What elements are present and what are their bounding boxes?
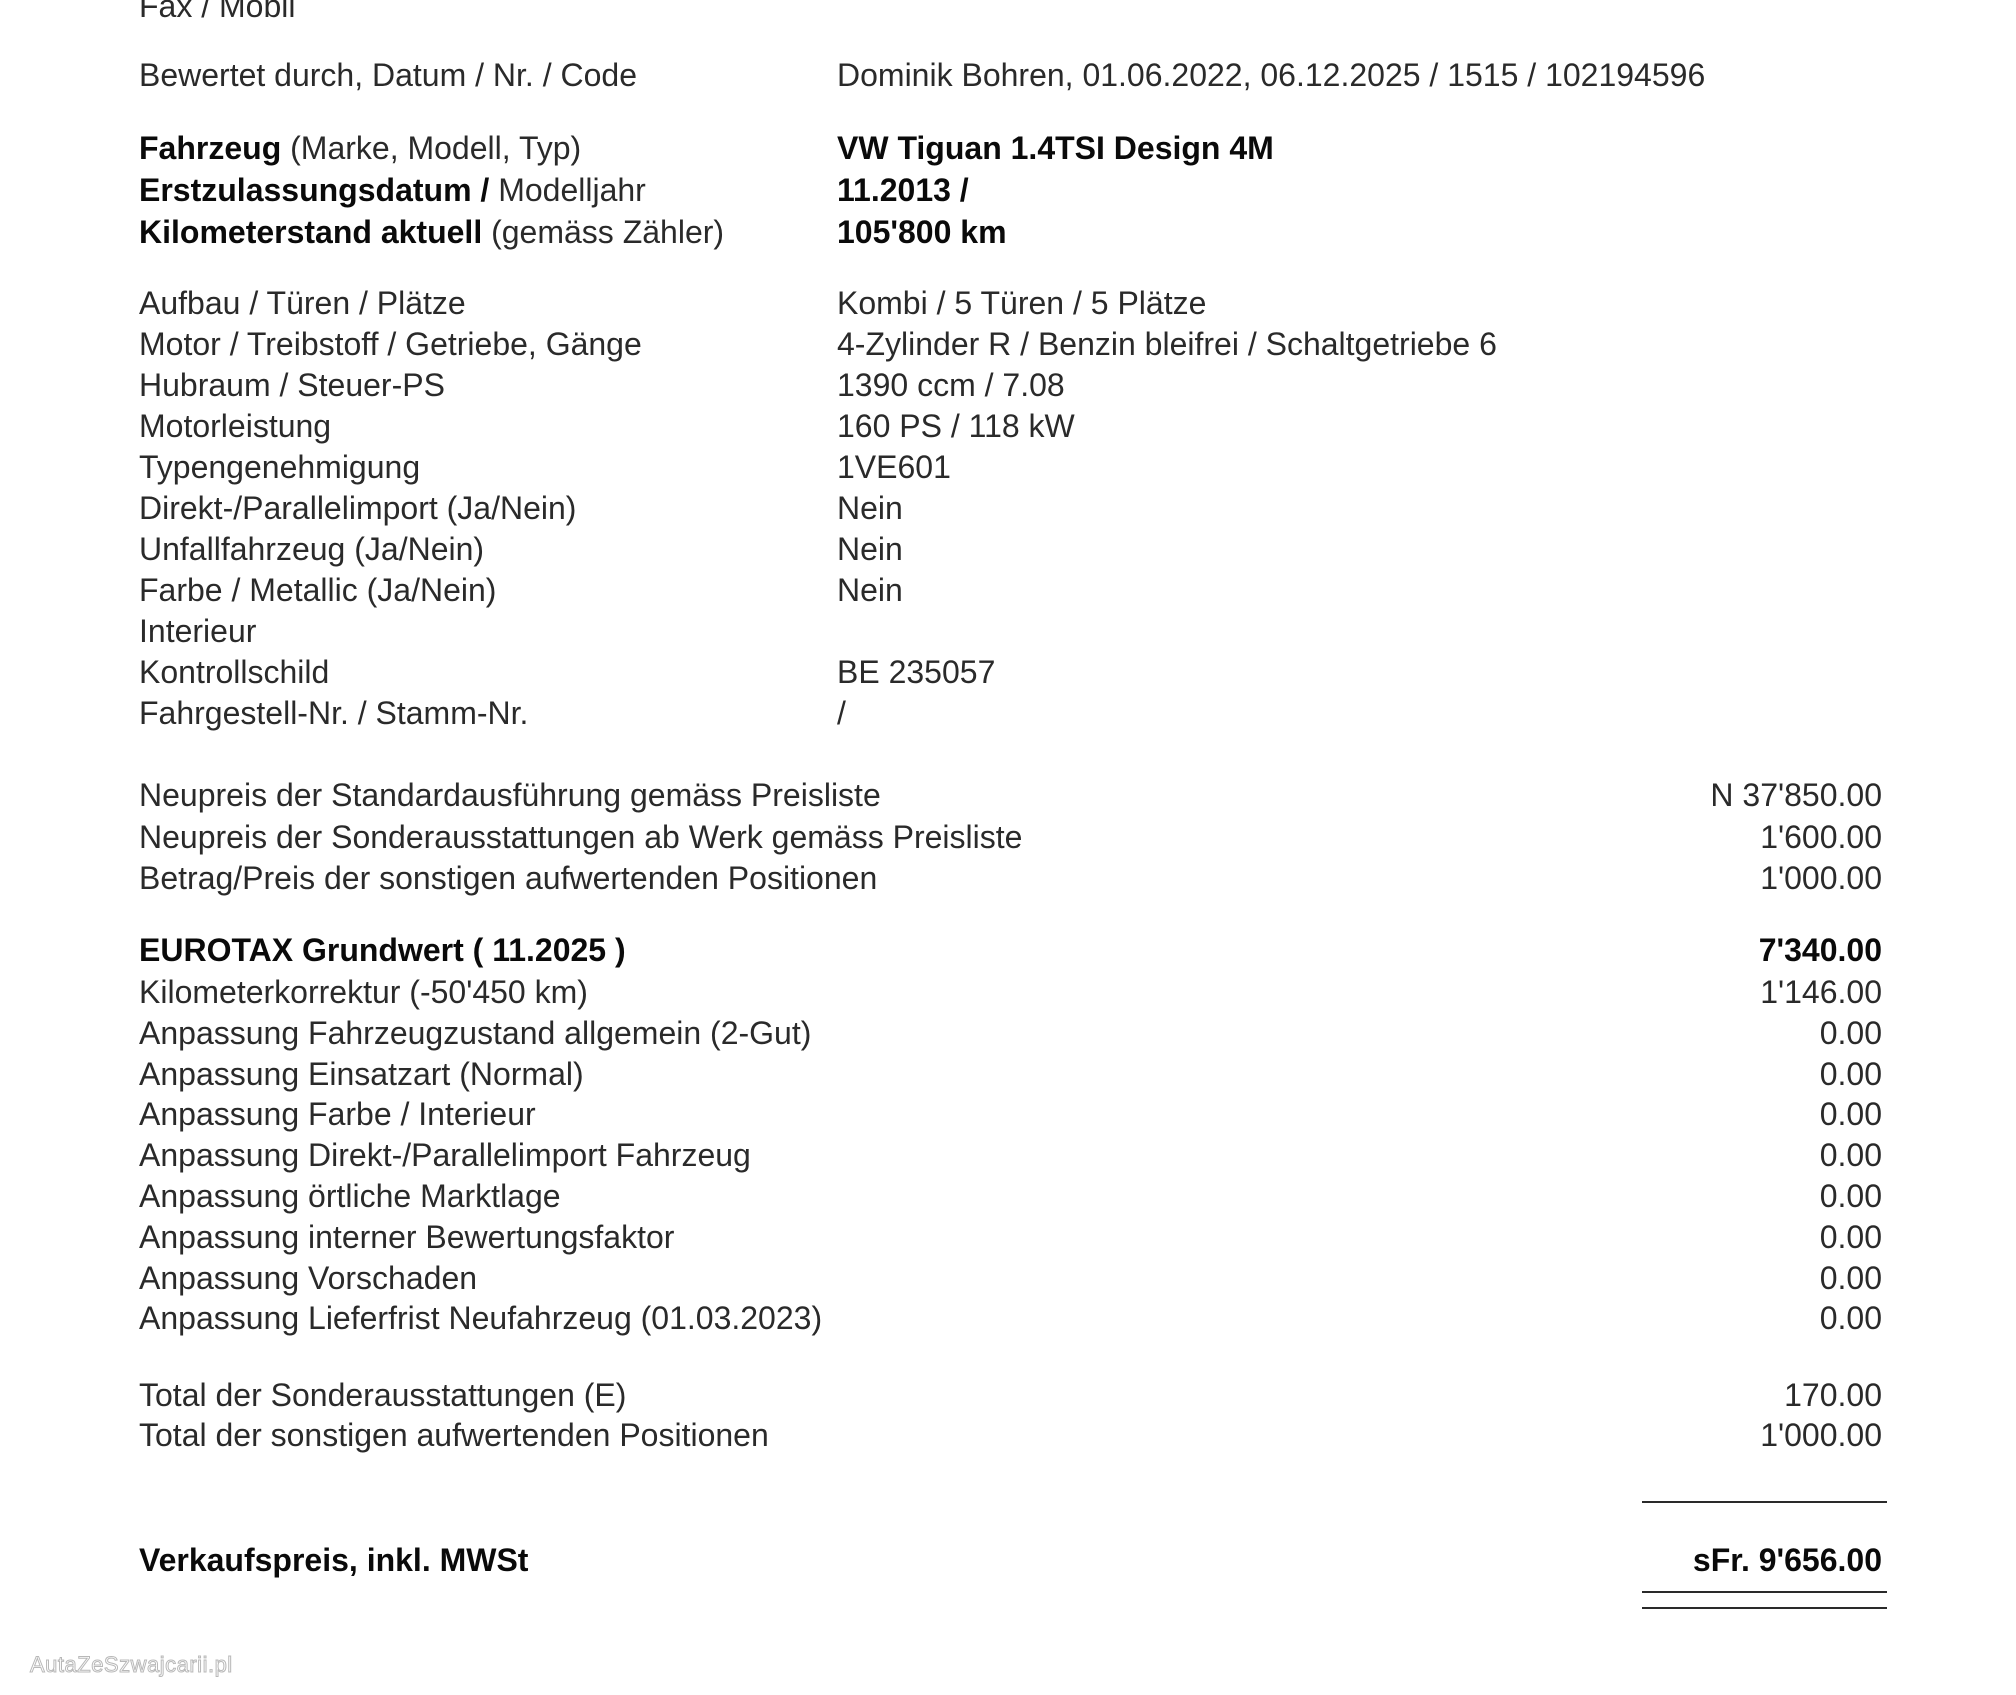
new-price-row: Betrag/Preis der sonstigen aufwertenden … (0, 858, 2016, 898)
double-rule-bottom (1642, 1607, 1887, 1609)
final-price-row: Verkaufspreis, inkl. MWSt sFr. 9'656.00 (0, 1540, 2016, 1580)
evaluator-row: Bewertet durch, Datum / Nr. / Code Domin… (0, 55, 2016, 95)
spec-label: Direkt-/Parallelimport (Ja/Nein) (139, 488, 576, 528)
spec-value: / (837, 693, 846, 733)
spec-row: Motorleistung160 PS / 118 kW (0, 406, 2016, 446)
adjustment-row: Anpassung örtliche Marktlage0.00 (0, 1176, 2016, 1216)
adjustment-amount: 0.00 (1820, 1013, 1882, 1053)
vehicle-make-value: VW Tiguan 1.4TSI Design 4M (837, 128, 1274, 168)
adjustment-label: Anpassung Lieferfrist Neufahrzeug (01.03… (139, 1298, 822, 1338)
fax-label: Fax / Mobil (139, 0, 295, 26)
adjustment-amount: 1'146.00 (1760, 972, 1882, 1012)
adjustment-row: Anpassung Farbe / Interieur0.00 (0, 1094, 2016, 1134)
new-price-label: Betrag/Preis der sonstigen aufwertenden … (139, 858, 877, 898)
adjustment-amount: 0.00 (1820, 1054, 1882, 1094)
adjustment-amount: 0.00 (1820, 1258, 1882, 1298)
spec-value: 160 PS / 118 kW (837, 406, 1075, 446)
new-price-amount: 1'600.00 (1760, 817, 1882, 857)
spec-row: Interieur (0, 611, 2016, 651)
final-price-label: Verkaufspreis, inkl. MWSt (139, 1540, 528, 1580)
spec-value: 1390 ccm / 7.08 (837, 365, 1065, 405)
spec-row: Motor / Treibstoff / Getriebe, Gänge4-Zy… (0, 324, 2016, 364)
mileage-label: Kilometerstand aktuell (gemäss Zähler) (139, 212, 724, 252)
total-amount: 170.00 (1784, 1375, 1882, 1415)
watermark: AutaZeSzwajcarii.pl (30, 1652, 233, 1678)
spec-label: Hubraum / Steuer-PS (139, 365, 445, 405)
adjustment-label: Kilometerkorrektur (-50'450 km) (139, 972, 588, 1012)
spec-value: Nein (837, 488, 903, 528)
spec-row: Hubraum / Steuer-PS1390 ccm / 7.08 (0, 365, 2016, 405)
spec-label: Aufbau / Türen / Plätze (139, 283, 466, 323)
spec-row: Aufbau / Türen / PlätzeKombi / 5 Türen /… (0, 283, 2016, 323)
new-price-label: Neupreis der Standardausführung gemäss P… (139, 775, 881, 815)
mileage-value: 105'800 km (837, 212, 1007, 252)
spec-value: 4-Zylinder R / Benzin bleifrei / Schaltg… (837, 324, 1497, 364)
spec-label: Motor / Treibstoff / Getriebe, Gänge (139, 324, 642, 364)
total-label: Total der Sonderausstattungen (E) (139, 1375, 626, 1415)
spec-row: Farbe / Metallic (Ja/Nein)Nein (0, 570, 2016, 610)
adjustment-amount: 0.00 (1820, 1298, 1882, 1338)
vehicle-make-label: Fahrzeug (Marke, Modell, Typ) (139, 128, 581, 168)
adjustment-row: Kilometerkorrektur (-50'450 km)1'146.00 (0, 972, 2016, 1012)
spec-row: Fahrgestell-Nr. / Stamm-Nr. / (0, 693, 2016, 733)
spec-label: Farbe / Metallic (Ja/Nein) (139, 570, 496, 610)
new-price-row: Neupreis der Standardausführung gemäss P… (0, 775, 2016, 815)
spec-value: Nein (837, 570, 903, 610)
vehicle-make-row: Fahrzeug (Marke, Modell, Typ) VW Tiguan … (0, 128, 2016, 168)
mileage-row: Kilometerstand aktuell (gemäss Zähler) 1… (0, 212, 2016, 252)
spec-row: KontrollschildBE 235057 (0, 652, 2016, 692)
adjustment-label: Anpassung Fahrzeugzustand allgemein (2-G… (139, 1013, 811, 1053)
spec-label: Fahrgestell-Nr. / Stamm-Nr. (139, 693, 528, 733)
eurotax-base-label: EUROTAX Grundwert ( 11.2025 ) (139, 930, 626, 970)
spec-label: Interieur (139, 611, 256, 651)
registration-row: Erstzulassungsdatum / Modelljahr 11.2013… (0, 170, 2016, 210)
adjustment-label: Anpassung Direkt-/Parallelimport Fahrzeu… (139, 1135, 751, 1175)
new-price-amount: N 37'850.00 (1710, 775, 1882, 815)
adjustment-row: Anpassung Einsatzart (Normal)0.00 (0, 1054, 2016, 1094)
spec-label: Typengenehmigung (139, 447, 420, 487)
evaluator-label: Bewertet durch, Datum / Nr. / Code (139, 55, 637, 95)
evaluator-value: Dominik Bohren, 01.06.2022, 06.12.2025 /… (837, 55, 1705, 95)
new-price-row: Neupreis der Sonderausstattungen ab Werk… (0, 817, 2016, 857)
adjustment-amount: 0.00 (1820, 1094, 1882, 1134)
fax-row: Fax / Mobil (0, 0, 2016, 26)
spec-row: Typengenehmigung1VE601 (0, 447, 2016, 487)
registration-label: Erstzulassungsdatum / Modelljahr (139, 170, 646, 210)
adjustment-label: Anpassung Farbe / Interieur (139, 1094, 536, 1134)
spec-row: Unfallfahrzeug (Ja/Nein)Nein (0, 529, 2016, 569)
adjustment-label: Anpassung örtliche Marktlage (139, 1176, 561, 1216)
total-label: Total der sonstigen aufwertenden Positio… (139, 1415, 769, 1455)
adjustment-row: Anpassung Direkt-/Parallelimport Fahrzeu… (0, 1135, 2016, 1175)
adjustment-label: Anpassung interner Bewertungsfaktor (139, 1217, 674, 1257)
adjustment-amount: 0.00 (1820, 1217, 1882, 1257)
new-price-amount: 1'000.00 (1760, 858, 1882, 898)
adjustment-row: Anpassung Fahrzeugzustand allgemein (2-G… (0, 1013, 2016, 1053)
spec-value: 1VE601 (837, 447, 951, 487)
spec-value: BE 235057 (837, 652, 995, 692)
final-price-amount: sFr. 9'656.00 (1693, 1540, 1882, 1580)
spec-value: Nein (837, 529, 903, 569)
adjustment-amount: 0.00 (1820, 1176, 1882, 1216)
adjustment-row: Anpassung interner Bewertungsfaktor0.00 (0, 1217, 2016, 1257)
spec-label: Motorleistung (139, 406, 331, 446)
spec-label: Unfallfahrzeug (Ja/Nein) (139, 529, 484, 569)
adjustment-row: Anpassung Vorschaden0.00 (0, 1258, 2016, 1298)
adjustment-amount: 0.00 (1820, 1135, 1882, 1175)
spec-label: Kontrollschild (139, 652, 329, 692)
total-row: Total der sonstigen aufwertenden Positio… (0, 1415, 2016, 1455)
eurotax-base-amount: 7'340.00 (1759, 930, 1882, 970)
eurotax-base-row: EUROTAX Grundwert ( 11.2025 ) 7'340.00 (0, 930, 2016, 970)
subtotal-rule (1642, 1501, 1887, 1503)
spec-row: Direkt-/Parallelimport (Ja/Nein)Nein (0, 488, 2016, 528)
new-price-label: Neupreis der Sonderausstattungen ab Werk… (139, 817, 1022, 857)
adjustment-label: Anpassung Vorschaden (139, 1258, 477, 1298)
total-amount: 1'000.00 (1760, 1415, 1882, 1455)
spec-value: Kombi / 5 Türen / 5 Plätze (837, 283, 1206, 323)
adjustment-row: Anpassung Lieferfrist Neufahrzeug (01.03… (0, 1298, 2016, 1338)
total-row: Total der Sonderausstattungen (E)170.00 (0, 1375, 2016, 1415)
adjustment-label: Anpassung Einsatzart (Normal) (139, 1054, 584, 1094)
registration-value: 11.2013 / (837, 170, 969, 210)
double-rule-top (1642, 1591, 1887, 1593)
